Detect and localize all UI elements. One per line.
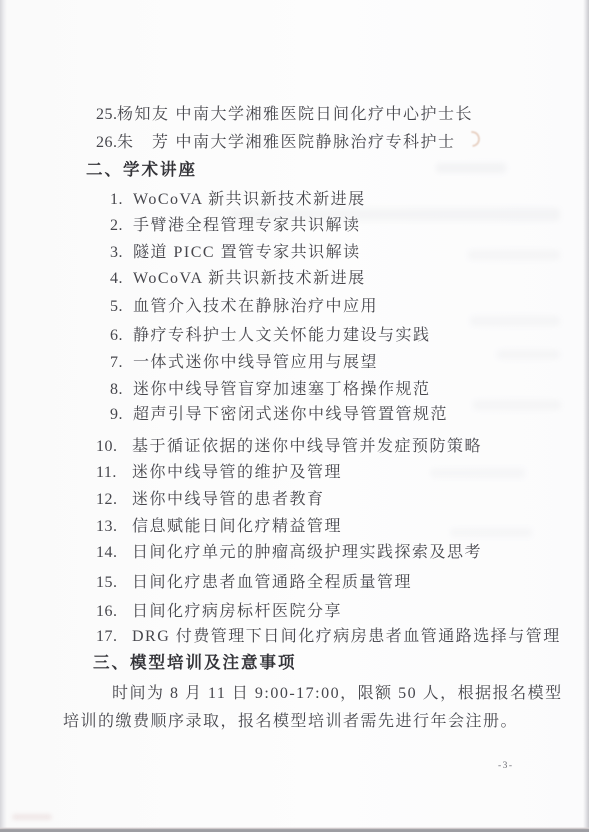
item-number: 9. xyxy=(110,405,133,425)
item-text: 迷你中线导管盲穿加速塞丁格操作规范 xyxy=(133,381,431,398)
bleed-through-artifact xyxy=(497,350,560,359)
item-number: 17. xyxy=(96,627,132,647)
page-number: -3- xyxy=(498,760,514,772)
item-text: DRG 付费管理下日间化疗病房患者血管通路选择与管理 xyxy=(132,628,561,645)
scan-edge-left xyxy=(0,0,7,832)
item-text: 迷你中线导管的维护及管理 xyxy=(132,464,342,481)
lecture-item: 8.迷你中线导管盲穿加速塞丁格操作规范 xyxy=(110,380,431,400)
lecture-item: 16.日间化疗病房标杆医院分享 xyxy=(96,602,342,622)
bleed-through-artifact xyxy=(436,163,506,173)
lecture-item: 9.超声引导下密闭式迷你中线导管置管规范 xyxy=(110,405,448,425)
item-text: 基于循证依据的迷你中线导管并发症预防策略 xyxy=(132,438,482,455)
scanned-document-page: 25.杨知友中南大学湘雅医院日间化疗中心护士长 26.朱 芳中南大学湘雅医院静脉… xyxy=(0,0,589,832)
attendee-number: 26. xyxy=(96,133,117,153)
bleed-through-artifact xyxy=(430,468,525,478)
lecture-item: 17.DRG 付费管理下日间化疗病房患者血管通路选择与管理 xyxy=(96,627,561,647)
attendee-name: 朱 芳 xyxy=(117,134,170,151)
lecture-item: 3.隧道 PICC 置管专家共识解读 xyxy=(110,243,361,263)
item-number: 6. xyxy=(110,326,133,346)
item-text: 日间化疗单元的肿瘤高级护理实践探索及思考 xyxy=(132,544,482,561)
item-text: 隧道 PICC 置管专家共识解读 xyxy=(133,244,361,261)
attendee-affiliation: 中南大学湘雅医院静脉治疗专科护士 xyxy=(176,134,456,151)
item-number: 13. xyxy=(96,517,132,537)
bleed-through-artifact xyxy=(468,250,560,260)
item-text: 血管介入技术在静脉治疗中应用 xyxy=(133,298,378,315)
section-heading-training: 三、模型培训及注意事项 xyxy=(93,653,297,673)
lecture-item: 10.基于循证依据的迷你中线导管并发症预防策略 xyxy=(96,437,482,457)
item-text: WoCoVA 新共识新技术新进展 xyxy=(133,270,366,287)
item-number: 7. xyxy=(110,353,133,373)
bleed-through-artifact xyxy=(473,400,561,410)
item-number: 11. xyxy=(96,463,132,483)
lecture-item: 12.迷你中线导管的患者教育 xyxy=(96,490,325,510)
item-number: 16. xyxy=(96,602,132,622)
item-text: 日间化疗病房标杆医院分享 xyxy=(132,603,342,620)
attendee-line: 26.朱 芳中南大学湘雅医院静脉治疗专科护士 xyxy=(96,133,456,153)
attendee-number: 25. xyxy=(96,105,117,125)
item-text: 日间化疗患者血管通路全程质量管理 xyxy=(132,574,412,591)
item-number: 10. xyxy=(96,437,132,457)
paragraph-line: 时间为 8 月 11 日 9:00-17:00，限额 50 人，根据报名模型 xyxy=(112,684,563,704)
item-text: 静疗专科护士人文关怀能力建设与实践 xyxy=(133,327,431,344)
paragraph-line: 培训的缴费顺序录取，报名模型培训者需先进行年会注册。 xyxy=(63,712,518,732)
item-text: 信息赋能日间化疗精益管理 xyxy=(132,518,342,535)
lecture-item: 13.信息赋能日间化疗精益管理 xyxy=(96,517,342,537)
lecture-item: 6.静疗专科护士人文关怀能力建设与实践 xyxy=(110,326,431,346)
attendee-line: 25.杨知友中南大学湘雅医院日间化疗中心护士长 xyxy=(96,105,473,125)
paper-mark xyxy=(461,128,484,151)
item-number: 8. xyxy=(110,380,133,400)
item-number: 5. xyxy=(110,297,133,317)
item-number: 14. xyxy=(96,543,132,563)
lecture-item: 14.日间化疗单元的肿瘤高级护理实践探索及思考 xyxy=(96,543,482,563)
lecture-item: 15.日间化疗患者血管通路全程质量管理 xyxy=(96,573,412,593)
lecture-item: 5.血管介入技术在静脉治疗中应用 xyxy=(110,297,378,317)
bleed-through-artifact xyxy=(230,208,560,221)
item-number: 12. xyxy=(96,490,132,510)
item-number: 2. xyxy=(110,216,133,236)
item-number: 15. xyxy=(96,573,132,593)
attendee-name: 杨知友 xyxy=(117,106,170,123)
item-text: 一体式迷你中线导管应用与展望 xyxy=(133,354,378,371)
lecture-item: 11.迷你中线导管的维护及管理 xyxy=(96,463,342,483)
item-number: 3. xyxy=(110,243,133,263)
attendee-affiliation: 中南大学湘雅医院日间化疗中心护士长 xyxy=(176,106,474,123)
item-text: 超声引导下密闭式迷你中线导管置管规范 xyxy=(133,406,448,423)
scan-edge-right xyxy=(583,0,589,832)
item-text: WoCoVA 新共识新技术新进展 xyxy=(133,191,366,208)
section-heading-lectures: 二、学术讲座 xyxy=(86,160,197,180)
bleed-through-artifact xyxy=(470,316,560,326)
item-number: 4. xyxy=(110,269,133,289)
lecture-item: 7.一体式迷你中线导管应用与展望 xyxy=(110,353,378,373)
item-number: 1. xyxy=(110,190,133,210)
paper-smudge xyxy=(12,814,52,820)
lecture-item: 1.WoCoVA 新共识新技术新进展 xyxy=(110,190,366,210)
bleed-through-artifact xyxy=(450,528,532,537)
item-text: 迷你中线导管的患者教育 xyxy=(132,491,325,508)
lecture-item: 4.WoCoVA 新共识新技术新进展 xyxy=(110,269,366,289)
scan-edge-bottom xyxy=(0,827,589,832)
